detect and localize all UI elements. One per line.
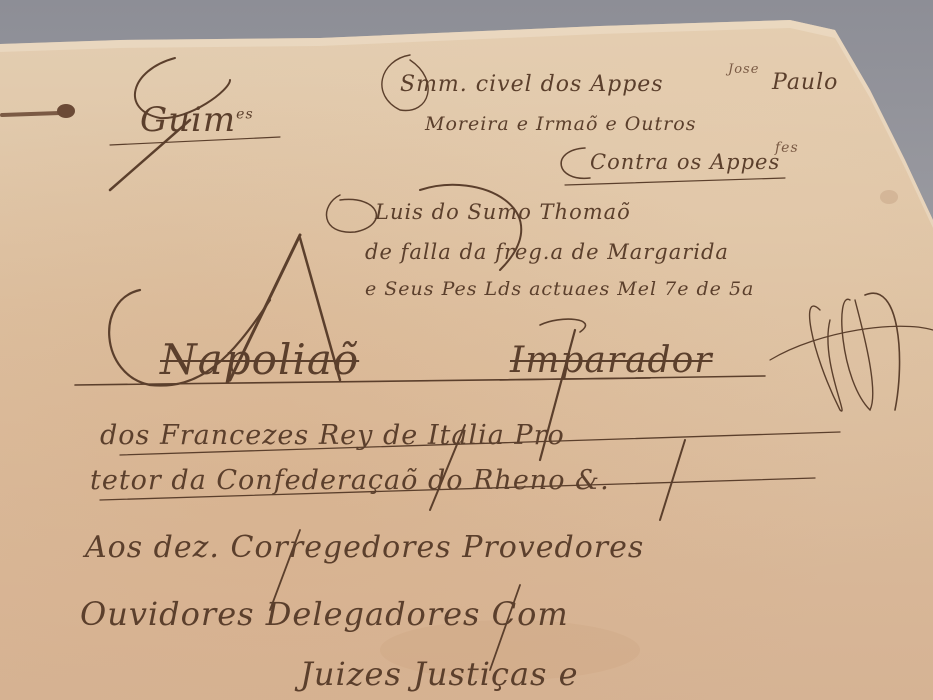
intro-line-3: e Seus Pes Lds actuaes Mel 7e de 5a xyxy=(365,278,754,300)
header-name-paulo: Paulo xyxy=(772,70,838,95)
body-line-2: tetor da Confederaçaõ do Rheno &. xyxy=(90,465,610,496)
header-line-2: Moreira e Irmaõ e Outros xyxy=(425,113,696,135)
title-napoleao: Napoliaõ xyxy=(160,335,359,384)
body-line-1: dos Francezes Rey de Italia Pro xyxy=(100,420,565,451)
margin-note-superscript: es xyxy=(236,107,253,123)
body-line-3: Aos dez. Corregedores Provedores xyxy=(85,530,644,565)
margin-note-text: Guim xyxy=(140,100,236,140)
binding-hole xyxy=(57,104,75,118)
intro-line-2: de falla da freg.a de Margarida xyxy=(365,240,729,264)
header-line-3-superscript: fes xyxy=(775,140,799,156)
margin-note: Guimes xyxy=(140,100,254,140)
header-line-1: Smm. civel dos Appes xyxy=(400,72,664,97)
header-line-3: Contra os Appes xyxy=(590,150,780,174)
body-line-4: Ouvidores Delegadores Com xyxy=(80,595,569,633)
header-superscript-jose: Jose xyxy=(728,62,759,77)
title-imperador: Imparador xyxy=(510,340,712,381)
body-line-5: Juizes Justiças e xyxy=(300,655,579,693)
intro-line-1: Luis do Sumo Thomaõ xyxy=(375,200,631,224)
ink-stain xyxy=(880,190,898,204)
